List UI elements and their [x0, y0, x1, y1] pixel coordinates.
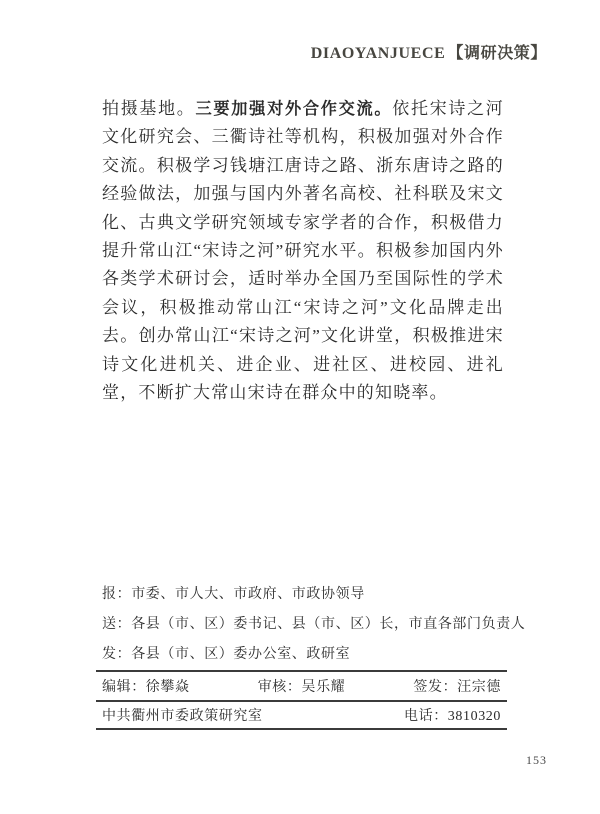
organization-name: 中共衢州市委政策研究室: [102, 705, 263, 725]
article-rest-text: 依托宋诗之河文化研究会、三衢诗社等机构，积极加强对外合作交流。积极学习钱塘江唐诗…: [102, 99, 504, 402]
journal-title-chinese: 【调研决策】: [447, 45, 547, 62]
footer-divider-bottom: [96, 728, 507, 730]
article-emphasis-text: 三要加强对外合作交流。: [196, 100, 393, 118]
distribution-issue-line: 发：各县（市、区）委办公室、政研室: [96, 640, 507, 670]
article-lead-text: 拍摄基地。: [102, 99, 196, 118]
footer-block: 报：市委、市人大、市政府、市政协领导 送：各县（市、区）委书记、县（市、区）长，…: [96, 580, 507, 730]
phone-number: 电话：3810320: [404, 705, 501, 725]
colophon-editors-row: 编辑：徐攀焱 审核：吴乐耀 签发：汪宗德: [96, 672, 507, 700]
article-body: 拍摄基地。三要加强对外合作交流。依托宋诗之河文化研究会、三衢诗社等机构，积极加强…: [102, 95, 504, 407]
page-number: 153: [526, 753, 547, 768]
journal-masthead: DIAOYANJUECE【调研决策】: [311, 40, 547, 63]
issuer-name: 签发：汪宗德: [413, 676, 501, 696]
distribution-report-line: 报：市委、市人大、市政府、市政协领导: [96, 580, 507, 610]
distribution-send-line: 送：各县（市、区）委书记、县（市、区）长，市直各部门负责人: [96, 610, 507, 640]
colophon-organization-row: 中共衢州市委政策研究室 电话：3810320: [96, 702, 507, 728]
editor-name: 编辑：徐攀焱: [102, 676, 190, 696]
journal-title-latin: DIAOYANJUECE: [311, 45, 446, 62]
reviewer-name: 审核：吴乐耀: [258, 676, 346, 696]
document-page: DIAOYANJUECE【调研决策】 拍摄基地。三要加强对外合作交流。依托宋诗之…: [0, 0, 600, 814]
